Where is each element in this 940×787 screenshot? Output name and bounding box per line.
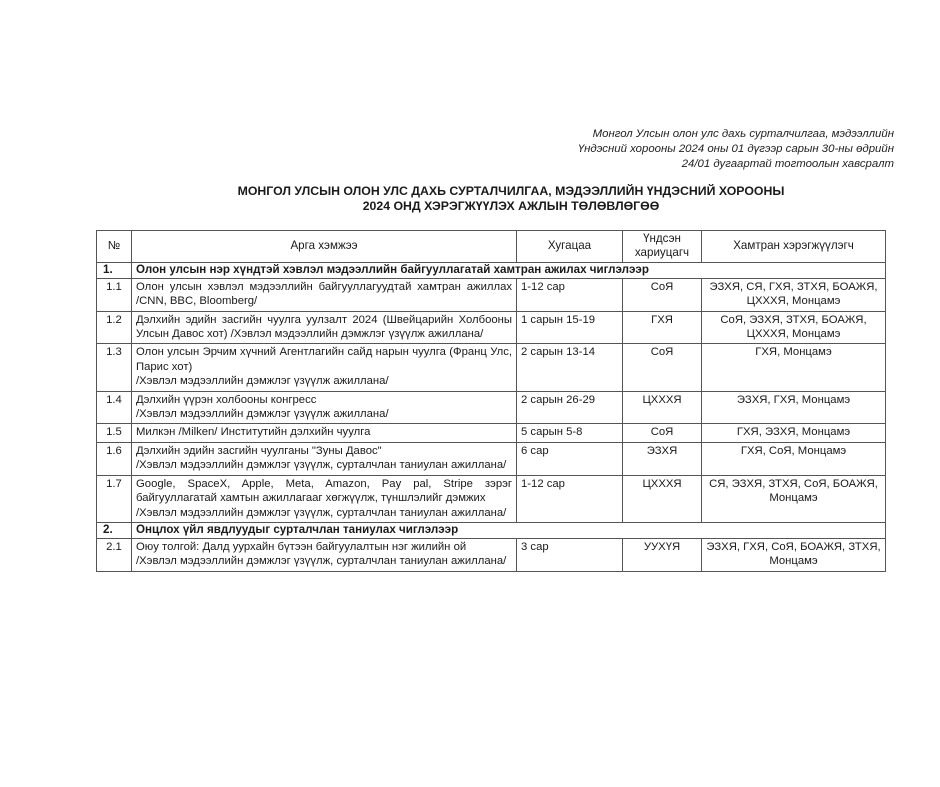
row-timeline: 1 сарын 15-19 (517, 311, 623, 344)
row-timeline: 1-12 сар (517, 475, 623, 522)
header-responsible: Үндсэн хариуцагч (623, 231, 702, 263)
row-responsible: СоЯ (623, 344, 702, 391)
table-row: 1.2Дэлхийн эдийн засгийн чуулга уулзалт … (97, 311, 886, 344)
section-row: 1.Олон улсын нэр хүндтэй хэвлэл мэдээлли… (97, 262, 886, 278)
row-number: 1.1 (97, 278, 132, 311)
row-timeline: 2 сарын 13-14 (517, 344, 623, 391)
row-partners: ЭЗХЯ, СЯ, ГХЯ, ЗТХЯ, БОАЖЯ, ЦХХХЯ, Монца… (702, 278, 886, 311)
activity-line: Дэлхийн эдийн засгийн чуулганы "Зуны Дав… (136, 444, 512, 458)
row-number: 1.5 (97, 424, 132, 442)
row-partners: ГХЯ, Монцамэ (702, 344, 886, 391)
activity-line: /Хэвлэл мэдээллийн дэмжлэг үзүүлж ажилла… (136, 374, 512, 388)
row-activity: Дэлхийн эдийн засгийн чуулга уулзалт 202… (132, 311, 517, 344)
header-timeline: Хугацаа (517, 231, 623, 263)
row-timeline: 5 сарын 5-8 (517, 424, 623, 442)
row-responsible: ЭЗХЯ (623, 442, 702, 475)
annex-note-line: Монгол Улсын олон улс дахь сурталчилгаа,… (578, 127, 894, 142)
row-timeline: 3 сар (517, 538, 623, 571)
annex-note: Монгол Улсын олон улс дахь сурталчилгаа,… (578, 127, 894, 172)
row-activity: Милкэн /Milken/ Институтийн дэлхийн чуул… (132, 424, 517, 442)
row-activity: Дэлхийн үүрэн холбооны конгресс/Хэвлэл м… (132, 391, 517, 424)
document-title-line: 2024 ОНД ХЭРЭГЖҮҮЛЭХ АЖЛЫН ТӨЛӨВЛӨГӨӨ (82, 199, 940, 214)
row-responsible: СоЯ (623, 278, 702, 311)
header-partners: Хамтран хэрэгжүүлэгч (702, 231, 886, 263)
row-activity: Олон улсын Эрчим хүчний Агентлагийн сайд… (132, 344, 517, 391)
row-partners: ЭЗХЯ, ГХЯ, Монцамэ (702, 391, 886, 424)
row-timeline: 2 сарын 26-29 (517, 391, 623, 424)
row-activity: Оюу толгой: Далд уурхайн бүтээн байгуула… (132, 538, 517, 571)
activity-line: Олон улсын хэвлэл мэдээллийн байгууллагу… (136, 280, 512, 309)
table-row: 1.6Дэлхийн эдийн засгийн чуулганы "Зуны … (97, 442, 886, 475)
document-title-line: МОНГОЛ УЛСЫН ОЛОН УЛС ДАХЬ СУРТАЛЧИЛГАА,… (82, 184, 940, 199)
row-responsible: СоЯ (623, 424, 702, 442)
activity-line: Милкэн /Milken/ Институтийн дэлхийн чуул… (136, 425, 512, 439)
activity-line: /Хэвлэл мэдээллийн дэмжлэг үзүүлж, сурта… (136, 458, 512, 472)
row-partners: СЯ, ЭЗХЯ, ЗТХЯ, СоЯ, БОАЖЯ, Монцамэ (702, 475, 886, 522)
row-partners: ГХЯ, ЭЗХЯ, Монцамэ (702, 424, 886, 442)
annex-note-line: Үндэсний хорооны 2024 оны 01 дүгээр сары… (578, 142, 894, 157)
plan-table: № Арга хэмжээ Хугацаа Үндсэн хариуцагч Х… (96, 230, 886, 572)
document-title: МОНГОЛ УЛСЫН ОЛОН УЛС ДАХЬ СУРТАЛЧИЛГАА,… (0, 184, 940, 214)
row-timeline: 6 сар (517, 442, 623, 475)
row-number: 1.7 (97, 475, 132, 522)
row-responsible: ЦХХХЯ (623, 475, 702, 522)
table-row: 2.1Оюу толгой: Далд уурхайн бүтээн байгу… (97, 538, 886, 571)
section-number: 1. (97, 262, 132, 278)
table-body: 1.Олон улсын нэр хүндтэй хэвлэл мэдээлли… (97, 262, 886, 571)
section-number: 2. (97, 522, 132, 538)
row-partners: ЭЗХЯ, ГХЯ, СоЯ, БОАЖЯ, ЗТХЯ, Монцамэ (702, 538, 886, 571)
table-row: 1.3Олон улсын Эрчим хүчний Агентлагийн с… (97, 344, 886, 391)
row-responsible: УУХҮЯ (623, 538, 702, 571)
row-activity: Олон улсын хэвлэл мэдээллийн байгууллагу… (132, 278, 517, 311)
row-number: 1.2 (97, 311, 132, 344)
annex-note-line: 24/01 дугаартай тогтоолын хавсралт (578, 157, 894, 172)
header-responsible-line1: Үндсэн (626, 232, 698, 246)
table-row: 1.7Google, SpaceX, Apple, Meta, Amazon, … (97, 475, 886, 522)
activity-line: Дэлхийн эдийн засгийн чуулга уулзалт 202… (136, 313, 512, 342)
row-partners: ГХЯ, СоЯ, Монцамэ (702, 442, 886, 475)
activity-line: /Хэвлэл мэдээллийн дэмжлэг үзүүлж ажилла… (136, 407, 512, 421)
table-header-row: № Арга хэмжээ Хугацаа Үндсэн хариуцагч Х… (97, 231, 886, 263)
header-no: № (97, 231, 132, 263)
section-row: 2.Онцлох үйл явдлуудыг сурталчлан таниул… (97, 522, 886, 538)
row-responsible: ГХЯ (623, 311, 702, 344)
row-number: 1.6 (97, 442, 132, 475)
row-partners: СоЯ, ЭЗХЯ, ЗТХЯ, БОАЖЯ, ЦХХХЯ, Монцамэ (702, 311, 886, 344)
section-title: Олон улсын нэр хүндтэй хэвлэл мэдээллийн… (132, 262, 886, 278)
row-activity: Дэлхийн эдийн засгийн чуулганы "Зуны Дав… (132, 442, 517, 475)
table-row: 1.1Олон улсын хэвлэл мэдээллийн байгуулл… (97, 278, 886, 311)
row-number: 2.1 (97, 538, 132, 571)
activity-line: Олон улсын Эрчим хүчний Агентлагийн сайд… (136, 345, 512, 374)
row-number: 1.4 (97, 391, 132, 424)
activity-line: Дэлхийн үүрэн холбооны конгресс (136, 393, 512, 407)
activity-line: /Хэвлэл мэдээллийн дэмжлэг үзүүлж, сурта… (136, 506, 512, 520)
header-responsible-line2: хариуцагч (626, 246, 698, 260)
activity-line: /Хэвлэл мэдээллийн дэмжлэг үзүүлж, сурта… (136, 554, 512, 568)
table-row: 1.5Милкэн /Milken/ Институтийн дэлхийн ч… (97, 424, 886, 442)
activity-line: Google, SpaceX, Apple, Meta, Amazon, Pay… (136, 477, 512, 506)
row-activity: Google, SpaceX, Apple, Meta, Amazon, Pay… (132, 475, 517, 522)
row-timeline: 1-12 сар (517, 278, 623, 311)
header-activity: Арга хэмжээ (132, 231, 517, 263)
table-row: 1.4Дэлхийн үүрэн холбооны конгресс/Хэвлэ… (97, 391, 886, 424)
activity-line: Оюу толгой: Далд уурхайн бүтээн байгуула… (136, 540, 512, 554)
section-title: Онцлох үйл явдлуудыг сурталчлан таниулах… (132, 522, 886, 538)
row-number: 1.3 (97, 344, 132, 391)
row-responsible: ЦХХХЯ (623, 391, 702, 424)
